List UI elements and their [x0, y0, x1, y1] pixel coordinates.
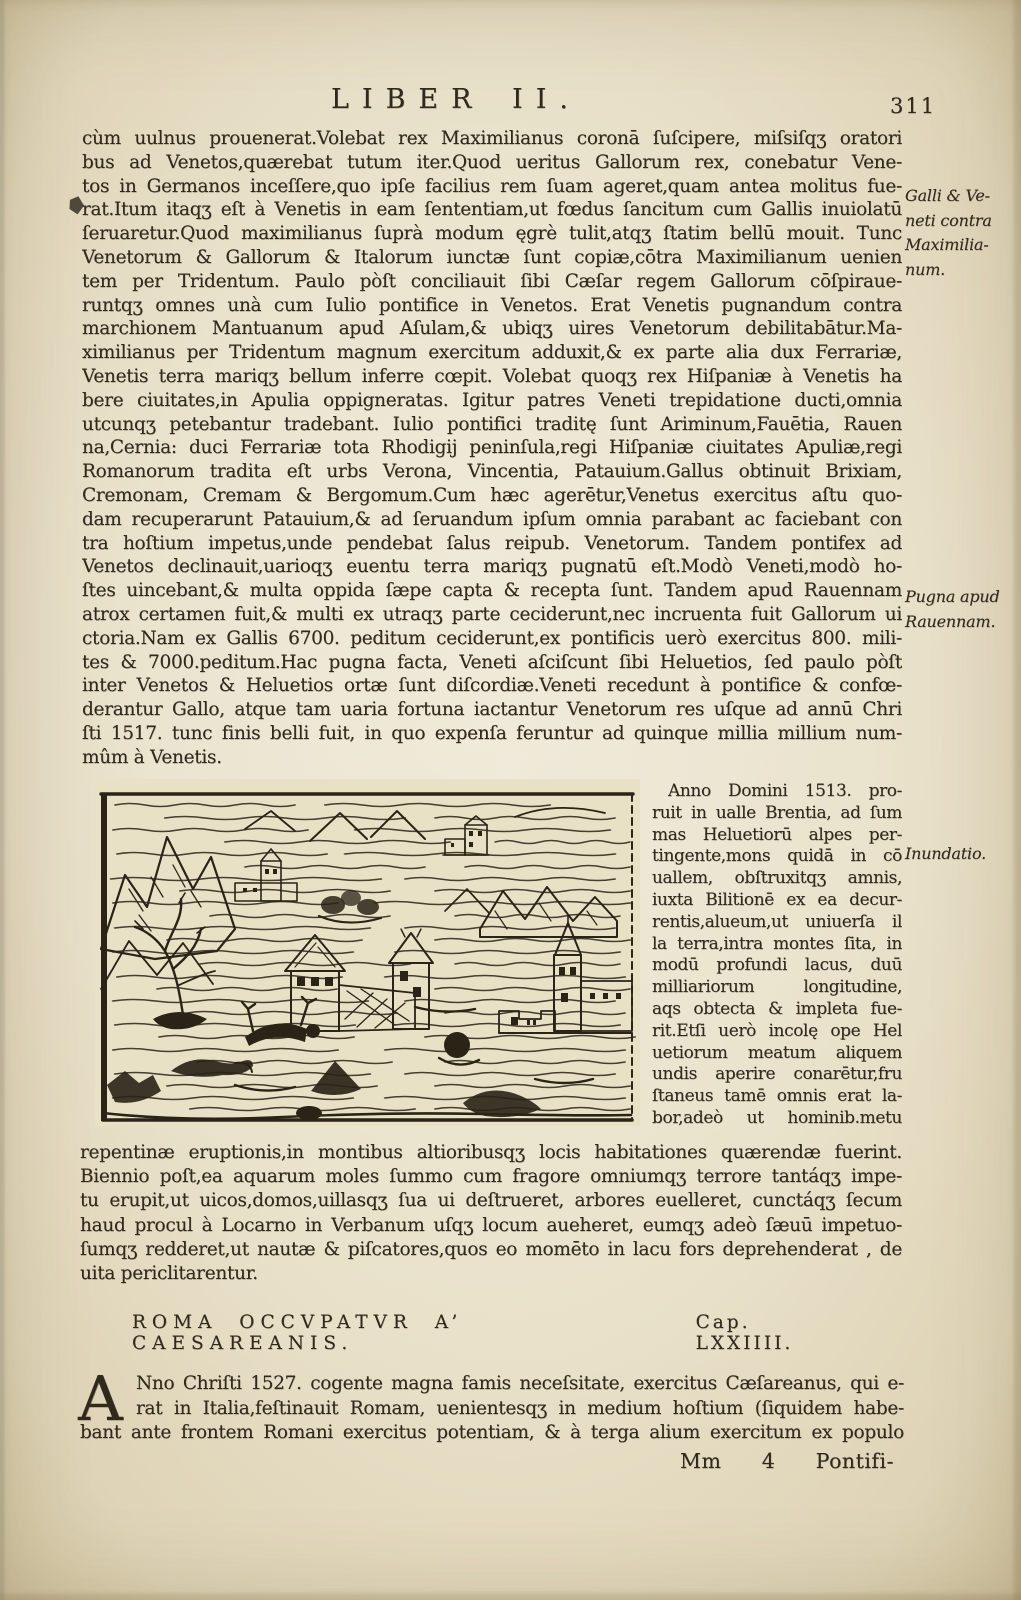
flood-woodcut-illustration — [95, 779, 640, 1126]
folio-number: 311 — [890, 94, 936, 118]
chapter-heading: ROMA OCCVPATVR A’ CAESAREANIS. Cap. LXXI… — [82, 1312, 902, 1354]
signature-line: Mm 4 Pontifi- — [680, 1449, 894, 1473]
woodcut-svg — [95, 779, 640, 1126]
signature-number: 4 — [762, 1449, 776, 1473]
margin-note-pugna-apud-rauennam: Pugna apudRauennam. — [905, 585, 1019, 634]
main-paragraph-1: cùm uulnus prouenerat.Volebat rex Maximi… — [82, 127, 902, 770]
signature-mark: Mm — [680, 1449, 721, 1473]
running-head: LIBER II. — [0, 84, 912, 115]
main-paragraph-3: Nno Chriſti 1527. cogente magna famis ne… — [80, 1372, 904, 1446]
chapter-number: Cap. LXXIIII. — [696, 1312, 858, 1354]
catchword: Pontifi- — [816, 1449, 894, 1473]
main-paragraph-2: repentinæ eruptionis,in montibus altiori… — [80, 1141, 902, 1286]
margin-note-galli-et-veneti: Galli & Ve-neti contraMaximilia-num. — [905, 184, 1019, 282]
book-page-scan: LIBER II. 311 cùm uulnus prouenerat.Vole… — [0, 0, 1021, 1600]
chapter-title: ROMA OCCVPATVR A’ CAESAREANIS. — [132, 1312, 696, 1354]
flood-column-text: Anno Domini 1513. pro-ruit in ualle Bren… — [652, 781, 902, 1130]
margin-note-inundatio: Inundatio. — [905, 842, 1019, 867]
